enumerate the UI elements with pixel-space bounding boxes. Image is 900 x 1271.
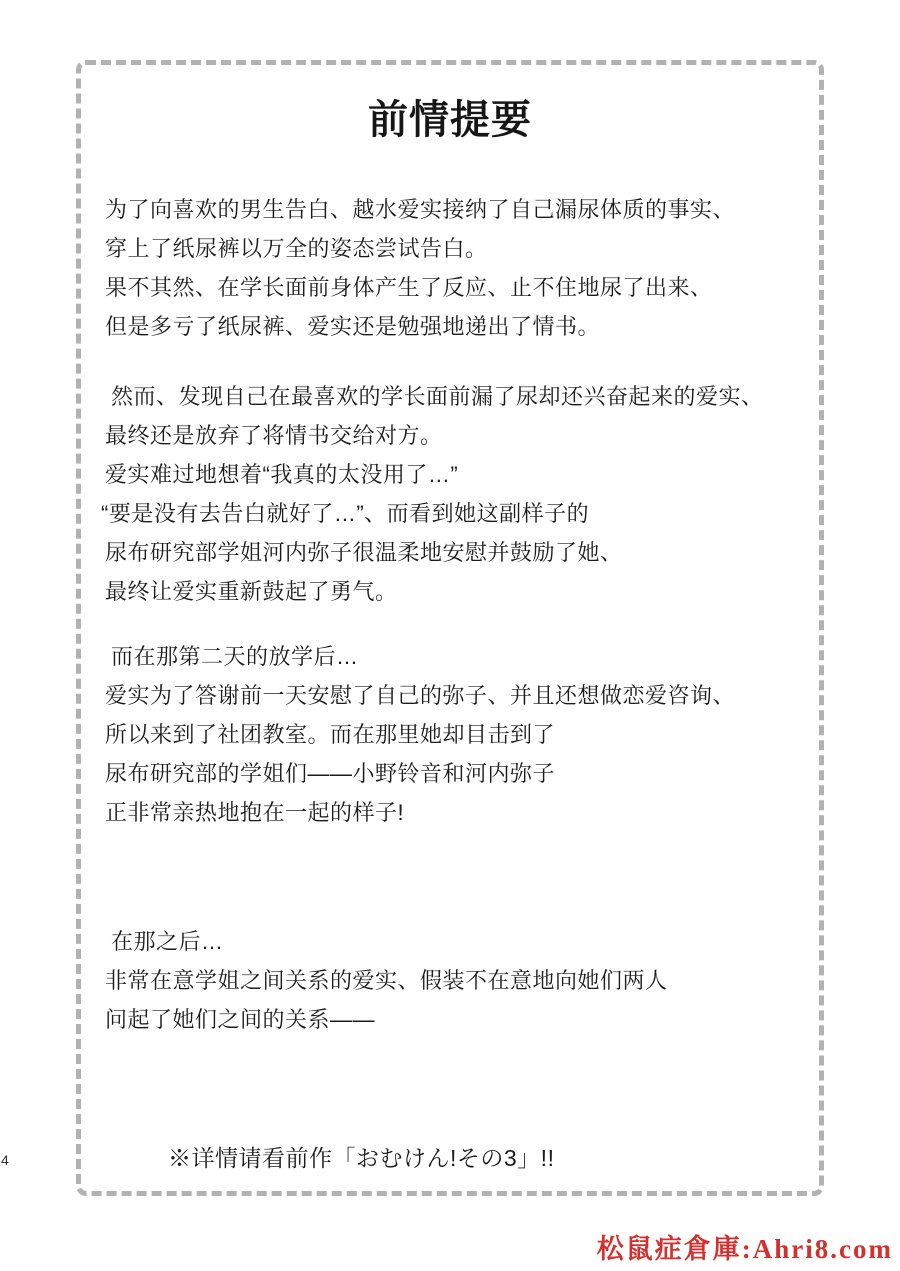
page-number: 4: [1, 1152, 9, 1168]
text-line: 但是多亏了纸尿裤、爱实还是勉强地递出了情书。: [105, 307, 805, 346]
text-line: 果不其然、在学长面前身体产生了反应、止不住地尿了出来、: [105, 268, 805, 307]
text-line: 为了向喜欢的男生告白、越水爱实接纳了自己漏尿体质的事实、: [105, 190, 805, 229]
text-line: 爱实难过地想着“我真的太没用了…”: [105, 455, 805, 494]
paragraph-2: 然而、发现自己在最喜欢的学长面前漏了尿却还兴奋起来的爱实、 最终还是放弃了将情书…: [105, 377, 805, 611]
text-line: 最终还是放弃了将情书交给对方。: [105, 416, 805, 455]
text-line: 非常在意学姐之间关系的爱实、假装不在意地向她们两人: [105, 961, 805, 1000]
text-line: 在那之后…: [105, 922, 805, 961]
page-title: 前情提要: [0, 88, 900, 145]
text-line: 尿布研究部学姐河内弥子很温柔地安慰并鼓励了她、: [105, 533, 805, 572]
text-line: 然而、发现自己在最喜欢的学长面前漏了尿却还兴奋起来的爱实、: [105, 377, 805, 416]
text-line: 问起了她们之间的关系——: [105, 1000, 805, 1039]
text-line: 而在那第二天的放学后…: [105, 637, 805, 676]
text-line: 最终让爱实重新鼓起了勇气。: [105, 572, 805, 611]
previous-work-footnote: ※详情请看前作「おむけん!その3」!!: [168, 1140, 554, 1173]
text-line: 所以来到了社团教室。而在那里她却目击到了: [105, 715, 805, 754]
text-line: “要是没有去告白就好了…”、而看到她这副样子的: [101, 494, 805, 533]
text-line: 尿布研究部的学姐们——小野铃音和河内弥子: [105, 754, 805, 793]
text-line: 穿上了纸尿裤以万全的姿态尝试告白。: [105, 229, 805, 268]
site-watermark: 松鼠症倉庫:Ahri8.com: [597, 1227, 893, 1266]
text-line: 爱实为了答谢前一天安慰了自己的弥子、并且还想做恋爱咨询、: [105, 676, 805, 715]
paragraph-1: 为了向喜欢的男生告白、越水爱实接纳了自己漏尿体质的事实、 穿上了纸尿裤以万全的姿…: [105, 190, 805, 346]
paragraph-3: 而在那第二天的放学后… 爱实为了答谢前一天安慰了自己的弥子、并且还想做恋爱咨询、…: [105, 637, 805, 832]
paragraph-4: 在那之后… 非常在意学姐之间关系的爱实、假装不在意地向她们两人 问起了她们之间的…: [105, 922, 805, 1039]
text-line: 正非常亲热地抱在一起的样子!: [105, 793, 805, 832]
